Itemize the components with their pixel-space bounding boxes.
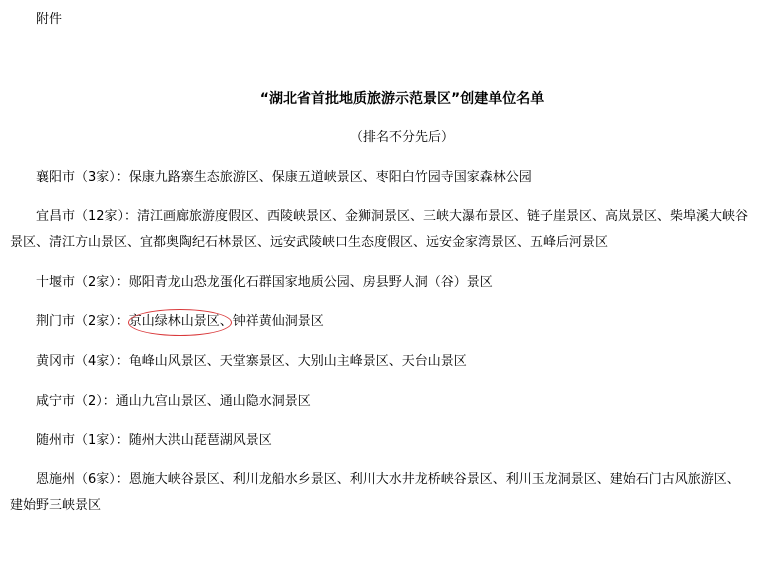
city-label: 黄冈市（4家）： (36, 354, 129, 369)
entry-jingmen: 荆门市（2家）：京山绿林山景区、钟祥黄仙洞景区 (10, 309, 752, 335)
entry-shiyan: 十堰市（2家）：郧阳青龙山恐龙蛋化石群国家地质公园、房县野人洞（谷）景区 (10, 270, 752, 296)
site-list: 随州大洪山琵琶湖风景区 (129, 433, 272, 448)
city-label: 十堰市（2家）： (36, 275, 129, 290)
attachment-label: 附件 (36, 12, 62, 28)
entry-xiangyang: 襄阳市（3家）：保康九路寨生态旅游区、保康五道峡景区、枣阳白竹园寺国家森林公园 (10, 165, 752, 191)
entry-xianning: 咸宁市（2）：通山九宫山景区、通山隐水洞景区 (10, 389, 752, 415)
site-list: 龟峰山风景区、天堂寨景区、大别山主峰景区、天台山景区 (129, 354, 467, 369)
site-list: 、钟祥黄仙洞景区 (220, 314, 324, 329)
site-list: 郧阳青龙山恐龙蛋化石群国家地质公园、房县野人洞（谷）景区 (129, 275, 493, 290)
site-list: 保康九路寨生态旅游区、保康五道峡景区、枣阳白竹园寺国家森林公园 (129, 170, 532, 185)
city-label: 咸宁市（2）： (36, 394, 116, 409)
city-label: 宜昌市（12家）： (36, 209, 137, 224)
entry-suizhou: 随州市（1家）：随州大洪山琵琶湖风景区 (10, 428, 752, 454)
city-label: 荆门市（2家）： (36, 314, 129, 329)
entry-enshi: 恩施州（6家）：恩施大峡谷景区、利川龙船水乡景区、利川大水井龙桥峡谷景区、利川玉… (10, 467, 752, 519)
red-ellipse-annotation (128, 309, 232, 336)
entry-yichang: 宜昌市（12家）：清江画廊旅游度假区、西陵峡景区、金狮洞景区、三峡大瀑布景区、链… (10, 204, 752, 256)
document-title: “湖北省首批地质旅游示范景区”创建单位名单 (0, 91, 764, 107)
city-label: 随州市（1家）： (36, 433, 129, 448)
entry-huanggang: 黄冈市（4家）：龟峰山风景区、天堂寨景区、大别山主峰景区、天台山景区 (10, 349, 752, 375)
document-subtitle: （排名不分先后） (0, 130, 764, 146)
city-label: 襄阳市（3家）： (36, 170, 129, 185)
site-list: 通山九宫山景区、通山隐水洞景区 (116, 394, 311, 409)
city-label: 恩施州（6家）： (36, 472, 129, 487)
